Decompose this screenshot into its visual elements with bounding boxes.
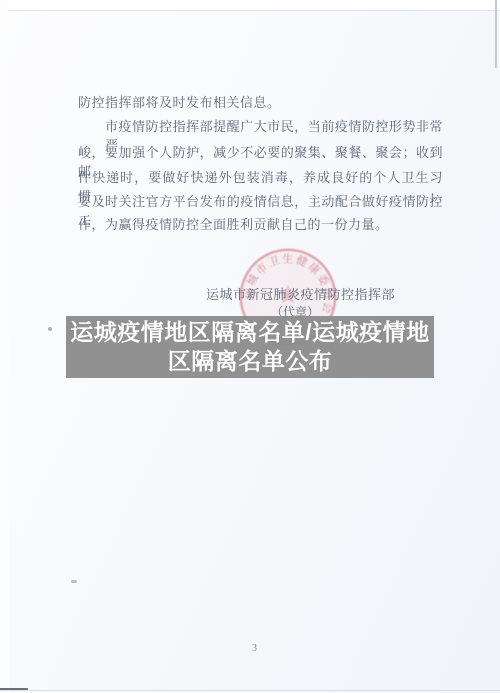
body-line: 峻，要加强个人防护，减少不必要的聚集、聚餐、聚会；收到邮 (78, 142, 443, 158)
caption-banner: 运城疫情地区隔离名单/运城疫情地 区隔离名单公布 (66, 316, 434, 378)
paper-right-edge-line (495, 0, 497, 68)
paper-left-edge (0, 0, 9, 693)
dust-speck (48, 327, 52, 331)
document-photo: 防控指挥部将及时发布相关信息。 市疫情防控指挥部提醒广大市民，当前疫情防控形势非… (0, 0, 500, 693)
body-line: 作，为赢得疫情防控全面胜利贡献自己的一份力量。 (78, 214, 443, 230)
body-line: 市疫情防控指挥部提醒广大市民，当前疫情防控形势非常严 (78, 116, 443, 132)
body-line: 件快递时，要做好快递外包装消毒，养成良好的个人卫生习惯； (78, 167, 443, 183)
body-line: 防控指挥部将及时发布相关信息。 (78, 92, 443, 108)
paper-top-edge (0, 0, 500, 10)
body-line: 要及时关注官方平台发布的疫情信息，主动配合做好疫情防控工 (78, 191, 443, 207)
paper-top-edge-line (0, 10, 500, 11)
caption-title-line-1: 运城疫情地区隔离名单/运城疫情地 (70, 318, 429, 347)
paper-bottom-edge-line (0, 690, 500, 691)
signature-unit: 运城市新冠肺炎疫情防控指挥部 (206, 284, 395, 303)
caption-title-line-2: 区隔离名单公布 (168, 347, 333, 376)
dust-speck (71, 580, 77, 583)
page-number: 3 (252, 643, 257, 654)
